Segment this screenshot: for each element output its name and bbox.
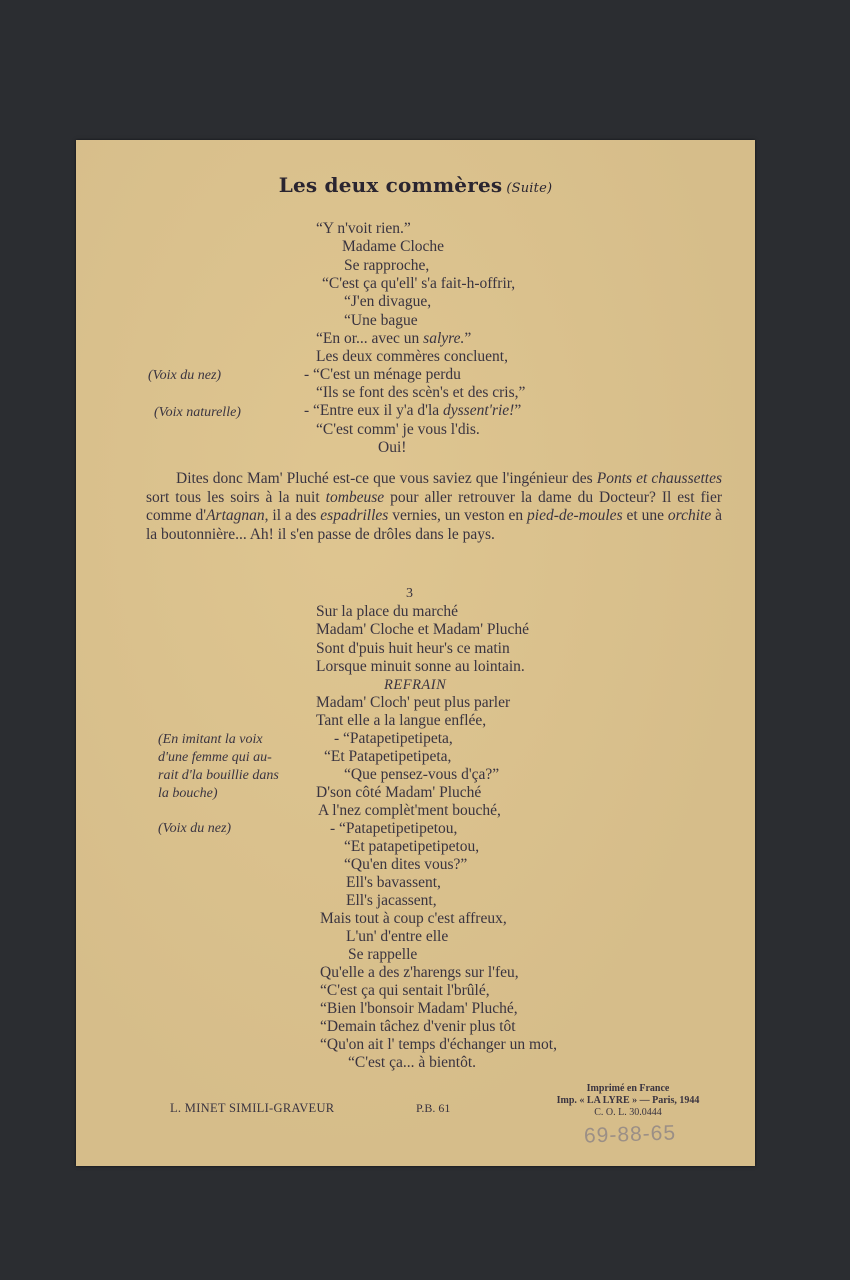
verse-line: - “Entre eux il y'a d'la dyssent'rie!” xyxy=(304,402,521,420)
spoken-paragraph: Dites donc Mam' Pluché est-ce que vous s… xyxy=(146,470,722,544)
stage-note: rait d'la bouillie dans xyxy=(158,767,279,785)
verse-line: Ell's bavassent, xyxy=(346,874,441,892)
verse-line: “C'est ça qu'ell' s'a fait-h-offrir, xyxy=(322,275,515,293)
stage-note: (En imitant la voix xyxy=(158,731,263,749)
verse-text: ” xyxy=(464,330,471,347)
verse-line: Qu'elle a des z'harengs sur l'feu, xyxy=(320,964,519,982)
stage-note: (Voix du nez) xyxy=(158,820,231,838)
stage-note: d'une femme qui au- xyxy=(158,749,272,767)
title-text: Les deux commères xyxy=(279,173,503,197)
verse-line: “C'est comm' je vous l'dis. xyxy=(316,421,480,439)
stage-note: (Voix naturelle) xyxy=(154,404,241,422)
verse-line: Madame Cloche xyxy=(342,238,444,256)
verse-line: Se rapproche, xyxy=(344,257,429,275)
verse-line: - “C'est un ménage perdu xyxy=(304,366,461,384)
verse-line: “Qu'on ait l' temps d'échanger un mot, xyxy=(320,1036,557,1054)
verse-line: “C'est ça qui sentait l'brûlé, xyxy=(320,982,490,1000)
prose-italic: espadrilles xyxy=(320,507,388,524)
verse-line: Sont d'puis huit heur's ce matin xyxy=(316,640,510,658)
imprint-block: Imprimé en France Imp. « LA LYRE » — Par… xyxy=(518,1083,738,1119)
refrain-label: REFRAIN xyxy=(384,676,446,694)
verse-line: D'son côté Madam' Pluché xyxy=(316,784,481,802)
verse-line: Sur la place du marché xyxy=(316,603,458,621)
verse-line: Lorsque minuit sonne au lointain. xyxy=(316,658,525,676)
verse-line: “Que pensez-vous d'ça?” xyxy=(344,766,499,784)
prose-italic: Artagnan xyxy=(206,507,265,524)
verse-line: Tant elle a la langue enflée, xyxy=(316,712,486,730)
verse-line: “Une bague xyxy=(344,312,418,330)
verse-italic: dyssent'rie! xyxy=(443,402,514,419)
verse-text: “En or... avec un xyxy=(316,330,423,347)
stage-note: la bouche) xyxy=(158,785,217,803)
verse-line: Oui! xyxy=(378,439,406,457)
verse-line: L'un' d'entre elle xyxy=(346,928,448,946)
verse-line: Mais tout à coup c'est affreux, xyxy=(320,910,507,928)
verse-line: - “Patapetipetipeta, xyxy=(334,730,453,748)
verse-line: Madam' Cloch' peut plus parler xyxy=(316,694,510,712)
verse-line: A l'nez complèt'ment bouché, xyxy=(318,802,501,820)
sheet-music-page: Les deux commères(Suite) “Y n'voit rien.… xyxy=(76,140,755,1166)
imprint-line: Imp. « LA LYRE » — Paris, 1944 xyxy=(518,1095,738,1107)
verse-line: “Y n'voit rien.” xyxy=(316,220,411,238)
verse-line: “Et patapetipetipetou, xyxy=(344,838,479,856)
prose-italic: orchite xyxy=(668,507,711,524)
verse-line: “Et Patapetipetipeta, xyxy=(324,748,451,766)
prose-text: vernies, un veston en xyxy=(388,507,527,524)
stanza-number: 3 xyxy=(406,585,413,603)
verse-italic: salyre. xyxy=(423,330,464,347)
verse-line: “En or... avec un salyre.” xyxy=(316,330,471,348)
verse-line: Ell's jacassent, xyxy=(346,892,437,910)
pencil-annotation: 69-88-65 xyxy=(584,1121,677,1148)
verse-line: Se rappelle xyxy=(348,946,417,964)
page-title: Les deux commères(Suite) xyxy=(76,173,755,197)
title-suffix: (Suite) xyxy=(506,181,552,196)
verse-line: “C'est ça... à bientôt. xyxy=(348,1054,476,1072)
verse-text: ” xyxy=(514,402,521,419)
verse-line: “Demain tâchez d'venir plus tôt xyxy=(320,1018,516,1036)
prose-text: Dites donc Mam' Pluché est-ce que vous s… xyxy=(176,470,597,487)
engraver-credit: L. MINET SIMILI-GRAVEUR xyxy=(170,1101,334,1116)
verse-line: “J'en divague, xyxy=(344,293,431,311)
verse-line: “Qu'en dites vous?” xyxy=(344,856,467,874)
imprint-line: C. O. L. 30.0444 xyxy=(518,1107,738,1119)
prose-italic: pied-de-moules xyxy=(527,507,623,524)
stage-note: (Voix du nez) xyxy=(148,367,221,385)
verse-line: Madam' Cloche et Madam' Pluché xyxy=(316,621,529,639)
prose-italic: Ponts et chaussettes xyxy=(597,470,722,487)
prose-italic: tombeuse xyxy=(326,489,385,506)
verse-line: Les deux commères concluent, xyxy=(316,348,508,366)
prose-text: sort tous les soirs à la nuit xyxy=(146,489,326,506)
verse-line: “Bien l'bonsoir Madam' Pluché, xyxy=(320,1000,518,1018)
verse-line: - “Patapetipetipetou, xyxy=(330,820,457,838)
verse-line: “Ils se font des scèn's et des cris,” xyxy=(316,384,525,402)
verse-text: - “Entre eux il y'a d'la xyxy=(304,402,443,419)
publication-ref: P.B. 61 xyxy=(416,1101,450,1116)
prose-text: et une xyxy=(623,507,668,524)
imprint-line: Imprimé en France xyxy=(518,1083,738,1095)
prose-text: , il a des xyxy=(265,507,321,524)
